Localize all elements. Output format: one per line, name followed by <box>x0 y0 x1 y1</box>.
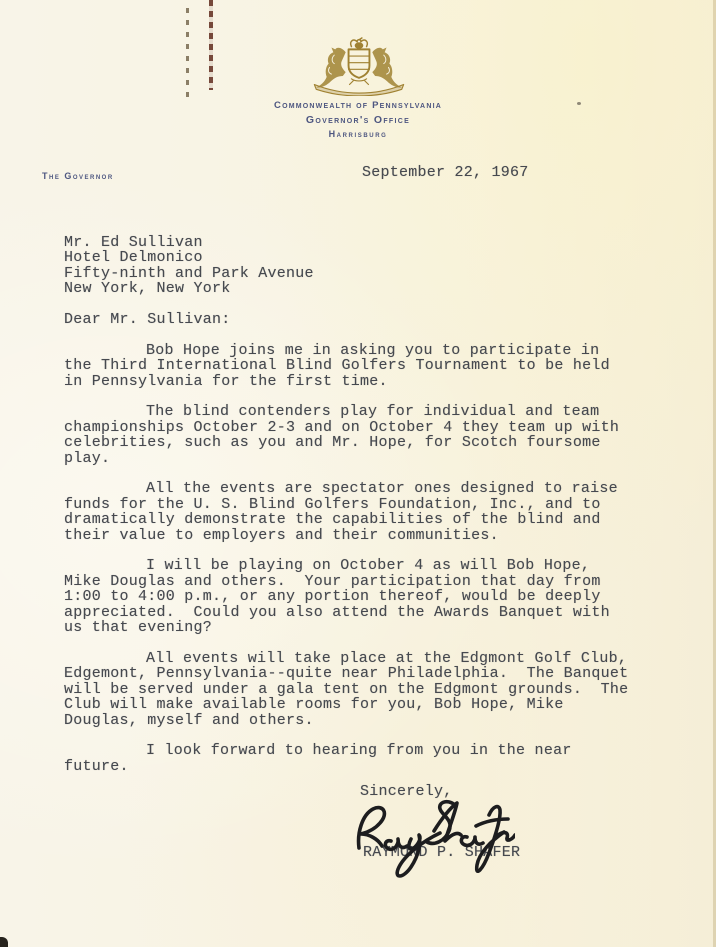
raymond-shafer-signature-icon <box>350 796 515 884</box>
letterhead-office: Governor's Office <box>0 114 716 126</box>
letter-paragraph: All the events are spectator ones design… <box>64 481 664 543</box>
letter-date: September 22, 1967 <box>362 165 529 180</box>
corner-mark <box>0 937 8 947</box>
letterhead-org: Commonwealth of Pennsylvania <box>0 100 716 111</box>
sender-role-label: The Governor <box>42 171 114 181</box>
letterhead-city: Harrisburg <box>0 129 716 139</box>
letter-paragraph: I look forward to hearing from you in th… <box>64 743 664 774</box>
letter-paragraph: I will be playing on October 4 as will B… <box>64 558 664 635</box>
pen-mark-left <box>186 8 189 102</box>
letter-body: Mr. Ed Sullivan Hotel Delmonico Fifty-ni… <box>64 235 664 774</box>
letter-paragraph: All events will take place at the Edgmon… <box>64 651 664 728</box>
pennsylvania-coat-of-arms-icon <box>302 36 416 96</box>
letter-page: Commonwealth of Pennsylvania Governor's … <box>0 0 716 947</box>
letter-paragraph: The blind contenders play for individual… <box>64 404 664 466</box>
salutation: Dear Mr. Sullivan: <box>64 312 664 327</box>
pen-mark-right <box>209 0 213 90</box>
letter-paragraph: Bob Hope joins me in asking you to parti… <box>64 343 664 389</box>
recipient-address: Mr. Ed Sullivan Hotel Delmonico Fifty-ni… <box>64 235 664 297</box>
